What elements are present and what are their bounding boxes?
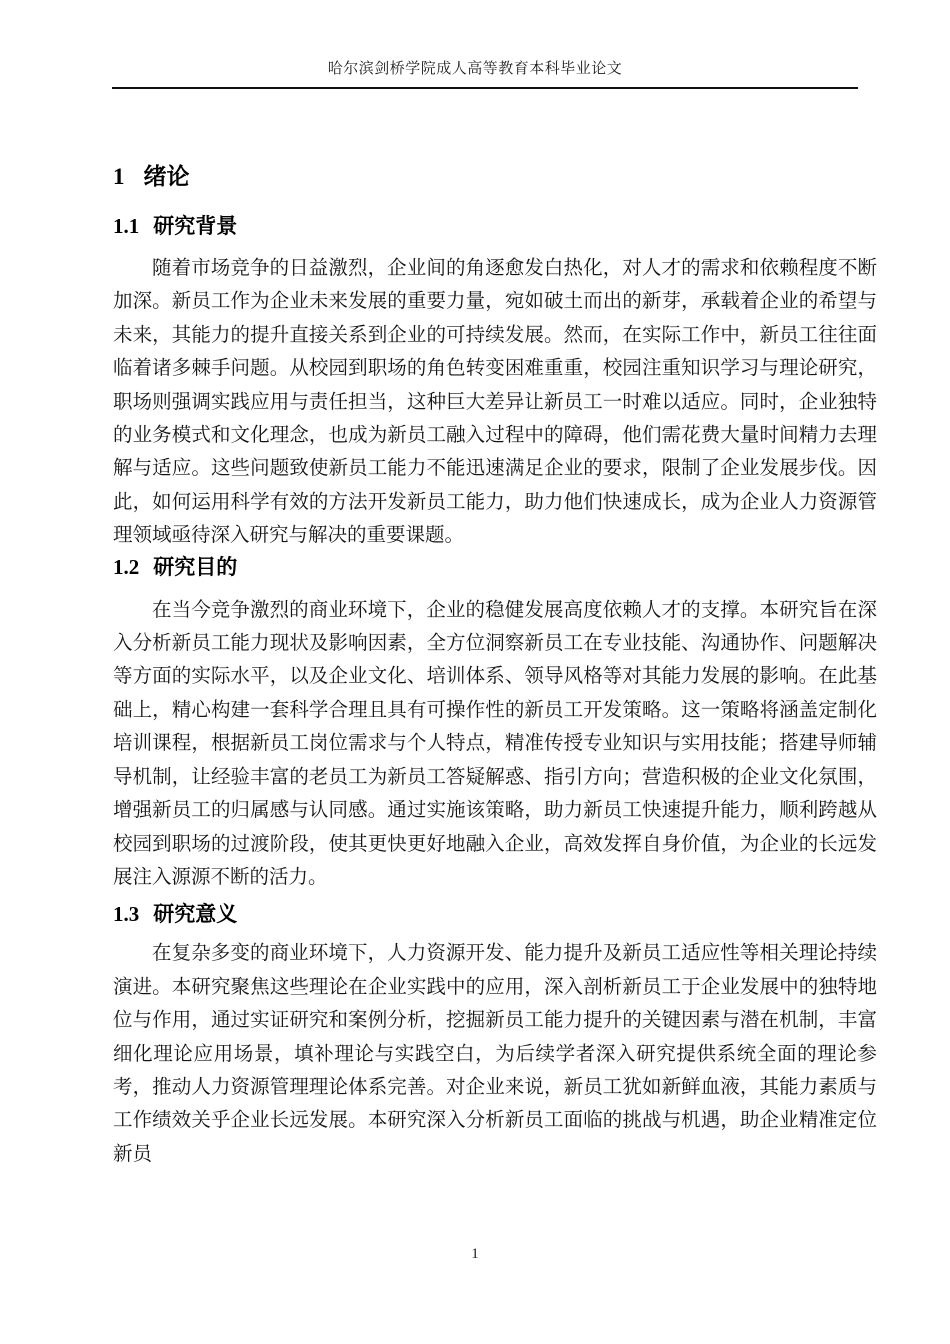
section-heading-research-purpose: 1.2研究目的 [113,556,877,579]
page-number-text: 1 [471,1246,479,1262]
section-number-1-3: 1.3 [113,902,139,926]
section-title-1-2: 研究目的 [153,556,237,579]
document-content: 1绪论 1.1研究背景 随着市场竞争的日益激烈，企业间的角逐愈发白热化，对人才的… [113,0,877,1171]
paragraph-research-background: 随着市场竞争的日益激烈，企业间的角逐愈发白热化，对人才的需求和依赖程度不断加深。… [113,252,877,553]
chapter-title-text: 绪论 [144,163,190,189]
chapter-number: 1 [113,164,125,189]
chapter-title: 1绪论 [113,165,877,188]
paragraph-research-purpose: 在当今竞争激烈的商业环境下，企业的稳健发展高度依赖人才的支撑。本研究旨在深入分析… [113,594,877,895]
section-number-1-2: 1.2 [113,555,139,579]
section-title-1-3: 研究意义 [153,903,237,926]
section-title-1-1: 研究背景 [153,215,237,238]
page-number: 1 [0,1246,950,1262]
section-number-1-1: 1.1 [113,214,139,238]
section-heading-research-background: 1.1研究背景 [113,215,877,238]
thesis-page: 哈尔滨剑桥学院成人高等教育本科毕业论文 1绪论 1.1研究背景 随着市场竞争的日… [0,0,950,1344]
paragraph-research-significance: 在复杂多变的商业环境下，人力资源开发、能力提升及新员工适应性等相关理论持续演进。… [113,937,877,1171]
section-heading-research-significance: 1.3研究意义 [113,903,877,926]
